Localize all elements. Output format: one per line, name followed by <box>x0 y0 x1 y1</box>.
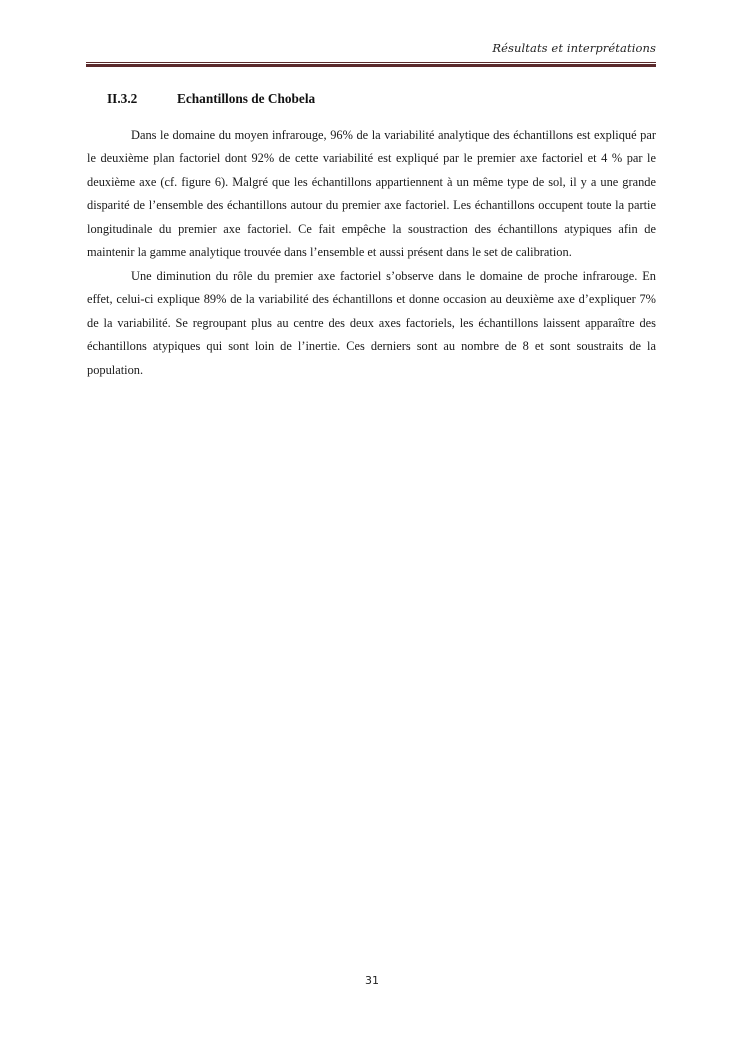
section-title: Echantillons de Chobela <box>177 91 315 106</box>
paragraph-mid-infrared: Dans le domaine du moyen infrarouge, 96%… <box>87 124 656 265</box>
header-rule-thin <box>86 62 656 63</box>
section-heading: II.3.2Echantillons de Chobela <box>107 91 315 107</box>
header-rule-thick <box>86 64 656 67</box>
section-number: II.3.2 <box>107 91 177 107</box>
page-number: 31 <box>0 974 744 987</box>
body-text: Dans le domaine du moyen infrarouge, 96%… <box>87 124 656 382</box>
paragraph-near-infrared: Une diminution du rôle du premier axe fa… <box>87 265 656 382</box>
running-header-title: Résultats et interprétations <box>86 41 656 55</box>
